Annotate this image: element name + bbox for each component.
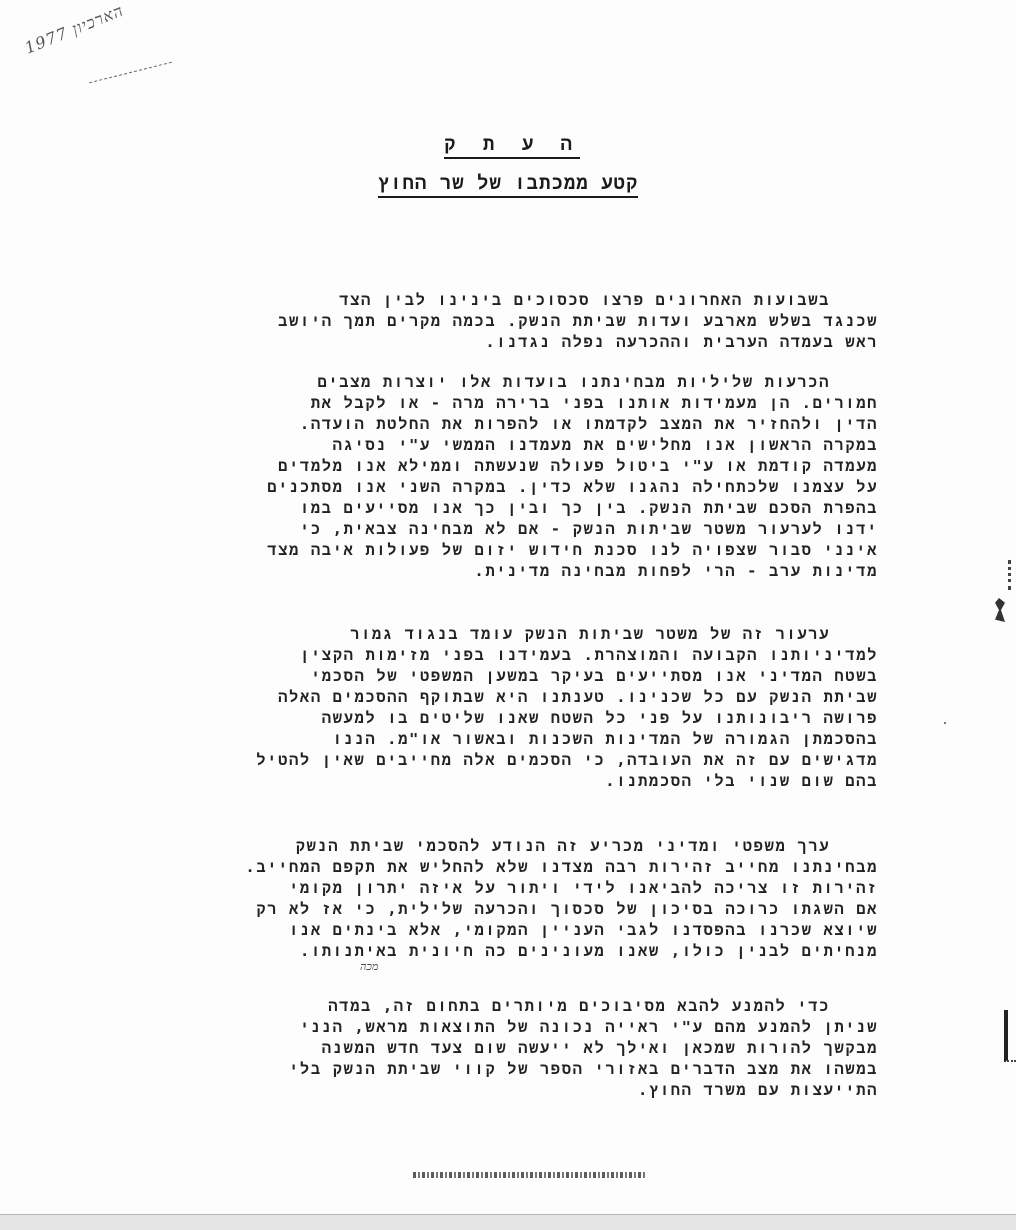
paragraph-1: בשבועות האחרונים פרצו סכסוכים בינינו לבי… bbox=[158, 290, 878, 353]
text-line: התייעצות עם משרד החוץ. bbox=[158, 1080, 878, 1101]
text-line: שניתן להמנע מהם ע"י ראייה נכונה של התוצא… bbox=[158, 1017, 878, 1038]
text-line: בהפרת הסכם שביתת הנשק. בין כך ובין כך אנ… bbox=[158, 498, 878, 519]
text-line: ראש בעמדה הערבית וההכרעה נפלה נגדנו. bbox=[158, 332, 878, 353]
text-line: בהסכמתן הגמורה של המדינות השכנות ובאשור … bbox=[158, 729, 878, 750]
paragraph-3: ערעור זה של משטר שביתות הנשק עומד בנגוד … bbox=[158, 624, 878, 792]
document-subtitle-text: קטע ממכתבו של שר החוץ bbox=[378, 172, 639, 198]
handwritten-margin-annotation: מכה bbox=[360, 960, 378, 973]
text-line: שביתת הנשק עם כל שכנינו. טענתנו היא שבתו… bbox=[158, 687, 878, 708]
margin-scan-mark bbox=[1004, 1010, 1016, 1062]
text-line: מדינות ערב - הרי לפחות מבחינה מדינית. bbox=[158, 561, 878, 582]
text-line: פרושה ריבונותנו על פני כל השטח שאנו שליט… bbox=[158, 708, 878, 729]
margin-scan-mark bbox=[995, 598, 1005, 622]
text-line: מבקשך להורות שמכאן ואילך לא ייעשה שום צע… bbox=[158, 1038, 878, 1059]
text-line: בשטח המדיני אנו מסתייעים בעיקר במשען המש… bbox=[158, 666, 878, 687]
text-line: ערך משפטי ומדיני מכריע זה הנודע להסכמי ש… bbox=[158, 836, 878, 857]
paragraph-4: ערך משפטי ומדיני מכריע זה הנודע להסכמי ש… bbox=[158, 836, 878, 962]
text-line: מנחיתים לבנין כולו, שאנו מעונינים כה חיו… bbox=[158, 941, 878, 962]
footer-stamp-code bbox=[413, 1172, 645, 1178]
text-line: מעמדה קודמת או ע"י ביטול פעולה שנעשתה ומ… bbox=[158, 456, 878, 477]
text-line: על עצמנו שלכתחילה נהגנו שלא כדין. במקרה … bbox=[158, 477, 878, 498]
text-line: למדיניותנו הקבועה והמוצהרת. בעמידנו בפני… bbox=[158, 645, 878, 666]
text-line: ידנו לערעור משטר שביתות הנשק - אם לא מבח… bbox=[158, 519, 878, 540]
text-line: במשהו את מצב הדברים באזורי הספר של קווי … bbox=[158, 1059, 878, 1080]
document-subtitle: קטע ממכתבו של שר החוץ bbox=[0, 172, 1016, 195]
text-line: חמורים. הן מעמידות אותנו בפני ברירה מרה … bbox=[158, 393, 878, 414]
document-title: ה ע ת ק bbox=[0, 133, 1016, 156]
text-line: אינני סבור שצפויה לנו סכנת חידוש יזום של… bbox=[158, 540, 878, 561]
text-line: זהירות זו צריכה להביאנו לידי ויתור על אי… bbox=[158, 878, 878, 899]
text-line: הכרעות שליליות מבחינתנו בועדות אלו יוצרו… bbox=[158, 372, 878, 393]
text-line: הדין ולהחזיר את המצב לקדמתו או להפרות את… bbox=[158, 414, 878, 435]
text-line: שיוצא שכרנו בהפסדנו לגבי העניין המקומי, … bbox=[158, 920, 878, 941]
text-line: שכנגד בשלש מארבע ועדות שביתת הנשק. בכמה … bbox=[158, 311, 878, 332]
text-line: בהם שום שנוי בלי הסכמתנו. bbox=[158, 771, 878, 792]
text-line: בשבועות האחרונים פרצו סכסוכים בינינו לבי… bbox=[158, 290, 878, 311]
text-line: מבחינתנו מחייב זהירות רבה מצדנו שלא להחל… bbox=[158, 857, 878, 878]
paragraph-2: הכרעות שליליות מבחינתנו בועדות אלו יוצרו… bbox=[158, 372, 878, 582]
text-line: כדי להמנע להבא מסיבוכים מיותרים בתחום זה… bbox=[158, 996, 878, 1017]
text-line: במקרה הראשון אנו מחלישים את מעמדנו הממשי… bbox=[158, 435, 878, 456]
scan-bottom-edge bbox=[0, 1214, 1016, 1230]
text-line: אם השגתו כרוכה בסיכון של סכסוך והכרעה של… bbox=[158, 899, 878, 920]
text-line: ערעור זה של משטר שביתות הנשק עומד בנגוד … bbox=[158, 624, 878, 645]
handwritten-archive-note: הארכיון 1977 bbox=[22, 1, 127, 59]
handwritten-underline bbox=[89, 62, 172, 84]
text-line: מדגישים עם זה את העובדה, כי הסכמים אלה מ… bbox=[158, 750, 878, 771]
document-page: הארכיון 1977 ה ע ת ק קטע ממכתבו של שר הח… bbox=[0, 0, 1016, 1214]
margin-scan-speck bbox=[944, 722, 946, 724]
document-title-text: ה ע ת ק bbox=[444, 133, 580, 159]
paragraph-5: כדי להמנע להבא מסיבוכים מיותרים בתחום זה… bbox=[158, 996, 878, 1101]
margin-scan-mark bbox=[1008, 560, 1016, 590]
